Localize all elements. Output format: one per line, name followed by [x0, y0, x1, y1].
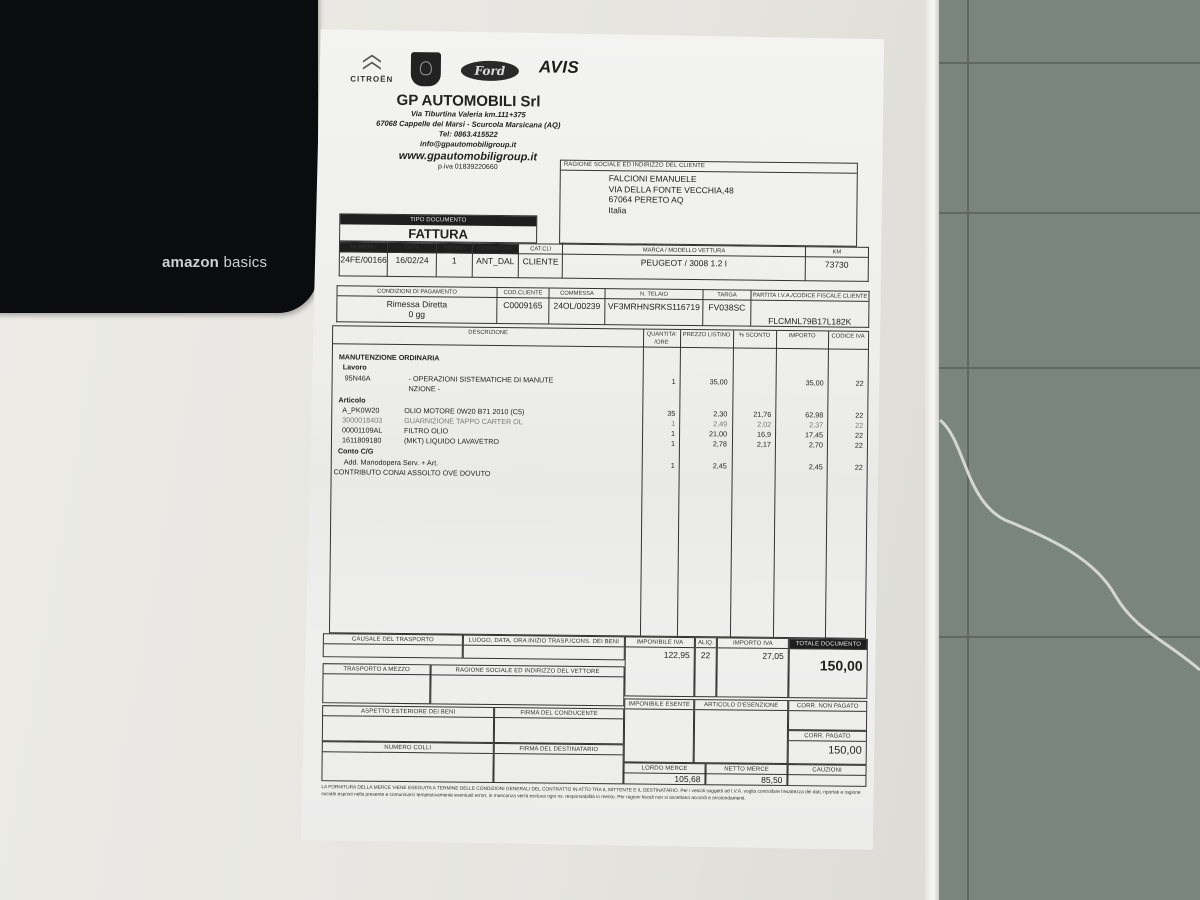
header-km: KM	[805, 247, 868, 258]
client-country: Italia	[608, 205, 856, 218]
pagato-box: CORR. PAGATO 150,00	[788, 730, 867, 765]
header-prezzo: PREZZO LISTINO	[680, 330, 733, 349]
header-targa: TARGA	[703, 290, 751, 301]
citroen-chevron-icon	[361, 52, 383, 72]
header-descrizione: DESCRIZIONE	[333, 326, 643, 347]
colli-box: NUMERO COLLI	[321, 741, 493, 783]
payment-condition: Rimessa Diretta0 gg	[337, 296, 497, 324]
commessa: 24OL/00239	[549, 298, 605, 325]
company-header: GP AUTOMOBILI Srl Via Tiburtina Valeria …	[348, 91, 589, 172]
imposta-box: IMPORTO IVA 27,05	[716, 637, 789, 698]
document-page: 1	[436, 253, 472, 277]
document-date: 16/02/24	[388, 252, 437, 277]
vehicle-model: PEUGEOT / 3008 1.2 I	[563, 254, 806, 281]
client-code: C0009165	[497, 297, 549, 324]
totale-value: 150,00	[820, 657, 863, 673]
mousepad: amazon basics	[0, 0, 318, 313]
lordo-value: 105,68	[674, 774, 700, 784]
imponibile-box: IMPONIBILE IVA 122,95	[624, 636, 695, 697]
license-plate: FV038SC	[703, 300, 751, 327]
chassis-number: VF3MRHNSRKS116719	[605, 299, 703, 326]
vehicle-km: 73730	[805, 257, 869, 282]
netto-value: 85,50	[761, 775, 782, 785]
aliquota-box: ALIQ. 22	[694, 637, 717, 697]
imposta-value: 27,05	[762, 651, 783, 661]
causale-box: CAUSALE DEL TRASPORTO	[323, 633, 463, 658]
mezzo-box: TRASPORTO A MEZZO	[322, 663, 430, 704]
document-operator: ANT_DAL	[472, 253, 519, 277]
document-info-table: NUMERO DATA PAGINA OPERATORE CAT.CLI MAR…	[339, 241, 869, 282]
header-numero: NUMERO	[339, 242, 388, 253]
header-commessa: COMMESSA	[549, 288, 605, 299]
cauzioni-box: CAUZIONI	[787, 764, 866, 787]
vettore-box: RAGIONE SOCIALE ED INDIRIZZO DEL VETTORE	[430, 664, 624, 706]
firma-destinatario-box: FIRMA DEL DESTINATARIO	[493, 743, 623, 784]
header-data: DATA	[388, 242, 437, 253]
tile-seam	[935, 367, 1200, 369]
lordo-box: LORDO MERCE 105,68	[623, 762, 705, 785]
company-piva: p.iva 01839220660	[348, 162, 588, 172]
citroen-logo: CITROËN	[345, 51, 399, 84]
cable	[935, 410, 1200, 810]
aliquota-value: 22	[701, 650, 711, 660]
luogo-box: LUOGO, DATA, ORA INIZIO TRASP./CONS. DEI…	[463, 635, 625, 661]
items-table: DESCRIZIONE QUANTITA' /ORE PREZZO LISTIN…	[329, 325, 869, 639]
footer-terms: LA FORNITURA DELLA MERCE VIENE ESEGUITA …	[321, 784, 866, 804]
tile-seam	[935, 62, 1200, 64]
payment-info-table: CONDIZIONI DI PAGAMENTO COD.CLIENTE COMM…	[336, 285, 869, 328]
mousepad-brand: amazon basics	[162, 254, 267, 271]
invoice-paper: CITROËN Ford AVIS GP AUTOMOBILI Srl Via …	[301, 29, 885, 850]
lion-icon	[420, 61, 432, 75]
totale-box: TOTALE DOCUMENTO 150,00	[788, 638, 868, 699]
header-cod-cliente: COD.CLIENTE	[497, 287, 549, 298]
header-codice-iva: CODICE IVA	[828, 331, 868, 349]
peugeot-logo	[411, 52, 441, 86]
fiscal-code: FLCMNL79B17L182K	[751, 300, 869, 327]
netto-box: NETTO MERCE 85,50	[705, 763, 787, 786]
articolo-esenzione-box: ARTICOLO D'ESENZIONE	[694, 699, 789, 764]
desk-edge	[925, 0, 939, 900]
brand-logos: CITROËN Ford AVIS	[341, 51, 601, 94]
avis-logo: AVIS	[539, 57, 580, 77]
header-pagina: PAGINA	[436, 243, 472, 253]
document-type: FATTURA	[340, 224, 536, 243]
transport-totals-section: CAUSALE DEL TRASPORTO LUOGO, DATA, ORA I…	[321, 633, 868, 787]
document-type-box: TIPO DOCUMENTO FATTURA	[339, 213, 537, 243]
document-number: 24FE/00166	[339, 252, 388, 277]
pagato-value: 150,00	[828, 744, 862, 756]
ford-logo: Ford	[461, 61, 519, 82]
client-box: RAGIONE SOCIALE ED INDIRIZZO DEL CLIENTE…	[559, 160, 858, 247]
tile-seam	[935, 212, 1200, 214]
header-quantita: QUANTITA' /ORE	[643, 330, 680, 348]
header-importo: IMPORTO	[776, 331, 828, 350]
aspetto-box: ASPETTO ESTERIORE DEI BENI	[322, 705, 494, 743]
esente-box: IMPONIBILE ESENTE	[624, 698, 695, 763]
imponibile-value: 122,95	[664, 650, 690, 660]
non-pagato-box: CORR. NON PAGATO	[788, 700, 867, 731]
header-cat-cli: CAT.CLI	[519, 244, 563, 254]
client-category: CLIENTE	[518, 254, 562, 278]
header-operatore: OPERATORE	[472, 243, 518, 253]
header-sconto: % SCONTO	[733, 330, 776, 348]
firma-conducente-box: FIRMA DEL CONDUCENTE	[494, 707, 624, 744]
